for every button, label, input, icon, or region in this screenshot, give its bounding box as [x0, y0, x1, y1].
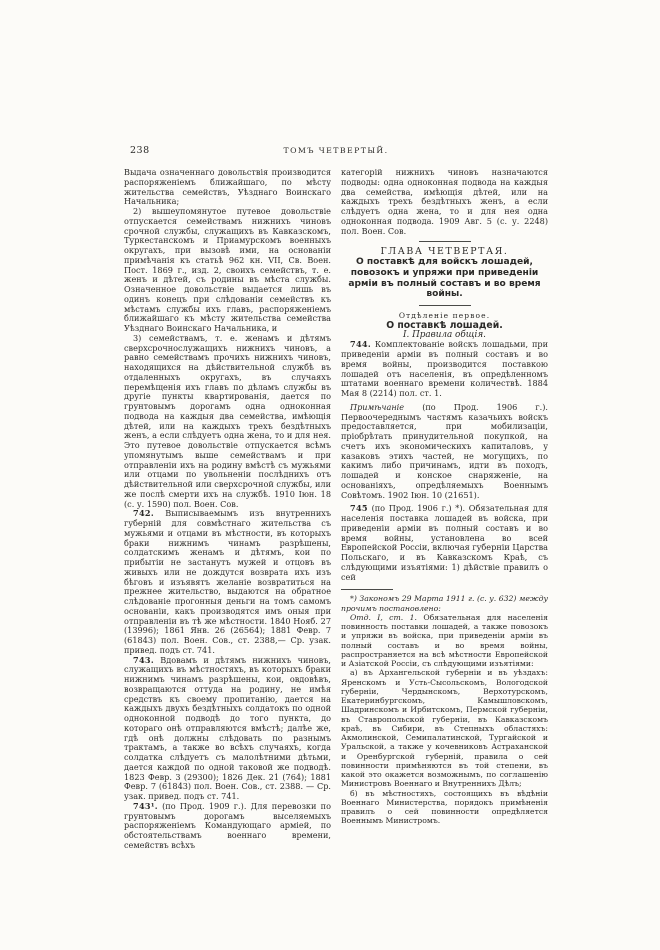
page-header: 238 ТОМЪ ЧЕТВЕРТЫЙ. — [124, 145, 548, 159]
article-745-text: (по Прод. 1906 г.) *). Обязательная для … — [341, 503, 548, 581]
article-745-number: 745 — [350, 503, 368, 513]
chapter-heading: ГЛАВА ЧЕТВЕРТАЯ. — [341, 247, 548, 257]
footnote-rule — [341, 589, 393, 590]
right-column: категорій нижнихъ чиновъ назначаются под… — [341, 168, 548, 851]
section-divider-rule — [419, 241, 471, 242]
footnote-otd-1-text: Обязательная для населенія повинность по… — [341, 613, 548, 668]
article-745: 745 (по Прод. 1906 г.) *). Обязательная … — [341, 504, 548, 582]
paragraph-item-2: 2) вышеупомянутое путевое довольствіе от… — [124, 207, 331, 334]
article-744-number: 744. — [350, 339, 371, 349]
footnote-item-a: а) въ Архангельской губерніи и въ уѣздах… — [341, 668, 548, 788]
paragraph-continuation-right: категорій нижнихъ чиновъ назначаются под… — [341, 168, 548, 236]
footnote-block: *) Закономъ 29 Марта 1911 г. (с. у. 632)… — [341, 594, 548, 825]
article-742: 742. Выписываемымъ изъ внутреннихъ губер… — [124, 509, 331, 655]
note-text: (по Прод. 1906 г.). Первоочереднымъ част… — [341, 402, 548, 500]
paragraph-continuation: Выдача означеннаго довольствія производи… — [124, 168, 331, 207]
article-743-text: Вдовамъ и дѣтямъ нижнихъ чиновъ, служащи… — [124, 655, 331, 802]
article-743: 743. Вдовамъ и дѣтямъ нижнихъ чиновъ, сл… — [124, 656, 331, 802]
footnote-otd-1: Отд. I, ст. 1. Обязательная для населені… — [341, 613, 548, 669]
article-743-1: 743¹. (по Прод. 1909 г.). Для перевозки … — [124, 802, 331, 851]
paragraph-item-3: 3) семействамъ, т. е. женамъ и дѣтямъ св… — [124, 334, 331, 510]
text-columns: Выдача означеннаго довольствія производи… — [124, 168, 548, 851]
book-page-scan: 238 ТОМЪ ЧЕТВЕРТЫЙ. Выдача означеннаго д… — [0, 0, 660, 950]
article-743-number: 743. — [133, 655, 154, 665]
article-744: 744. Комплектованіе войскъ лошадьми, при… — [341, 340, 548, 399]
article-742-number: 742. — [133, 508, 154, 518]
note-paragraph: Примѣчаніе (по Прод. 1906 г.). Первоочер… — [341, 403, 548, 501]
chapter-subject: О поставкѣ для войскъ лошадей, повозокъ … — [341, 257, 548, 300]
article-742-text: Выписываемымъ изъ внутреннихъ губерній д… — [124, 508, 331, 655]
footnote-intro: *) Закономъ 29 Марта 1911 г. (с. у. 632)… — [341, 594, 548, 613]
article-743-1-number: 743¹. — [133, 801, 158, 811]
note-lead-word: Примѣчаніе — [350, 402, 404, 412]
left-column: Выдача означеннаго довольствія производи… — [124, 168, 331, 851]
subject-divider-rule — [419, 305, 471, 306]
running-title: ТОМЪ ЧЕТВЕРТЫЙ. — [124, 146, 548, 155]
article-744-text: Комплектованіе войскъ лошадьми, при прив… — [341, 339, 548, 398]
footnote-otd-1-lead: Отд. I, ст. 1. — [350, 613, 417, 622]
footnote-item-b: б) въ мѣстностяхъ, состоящихъ въ вѣдѣніи… — [341, 789, 548, 826]
